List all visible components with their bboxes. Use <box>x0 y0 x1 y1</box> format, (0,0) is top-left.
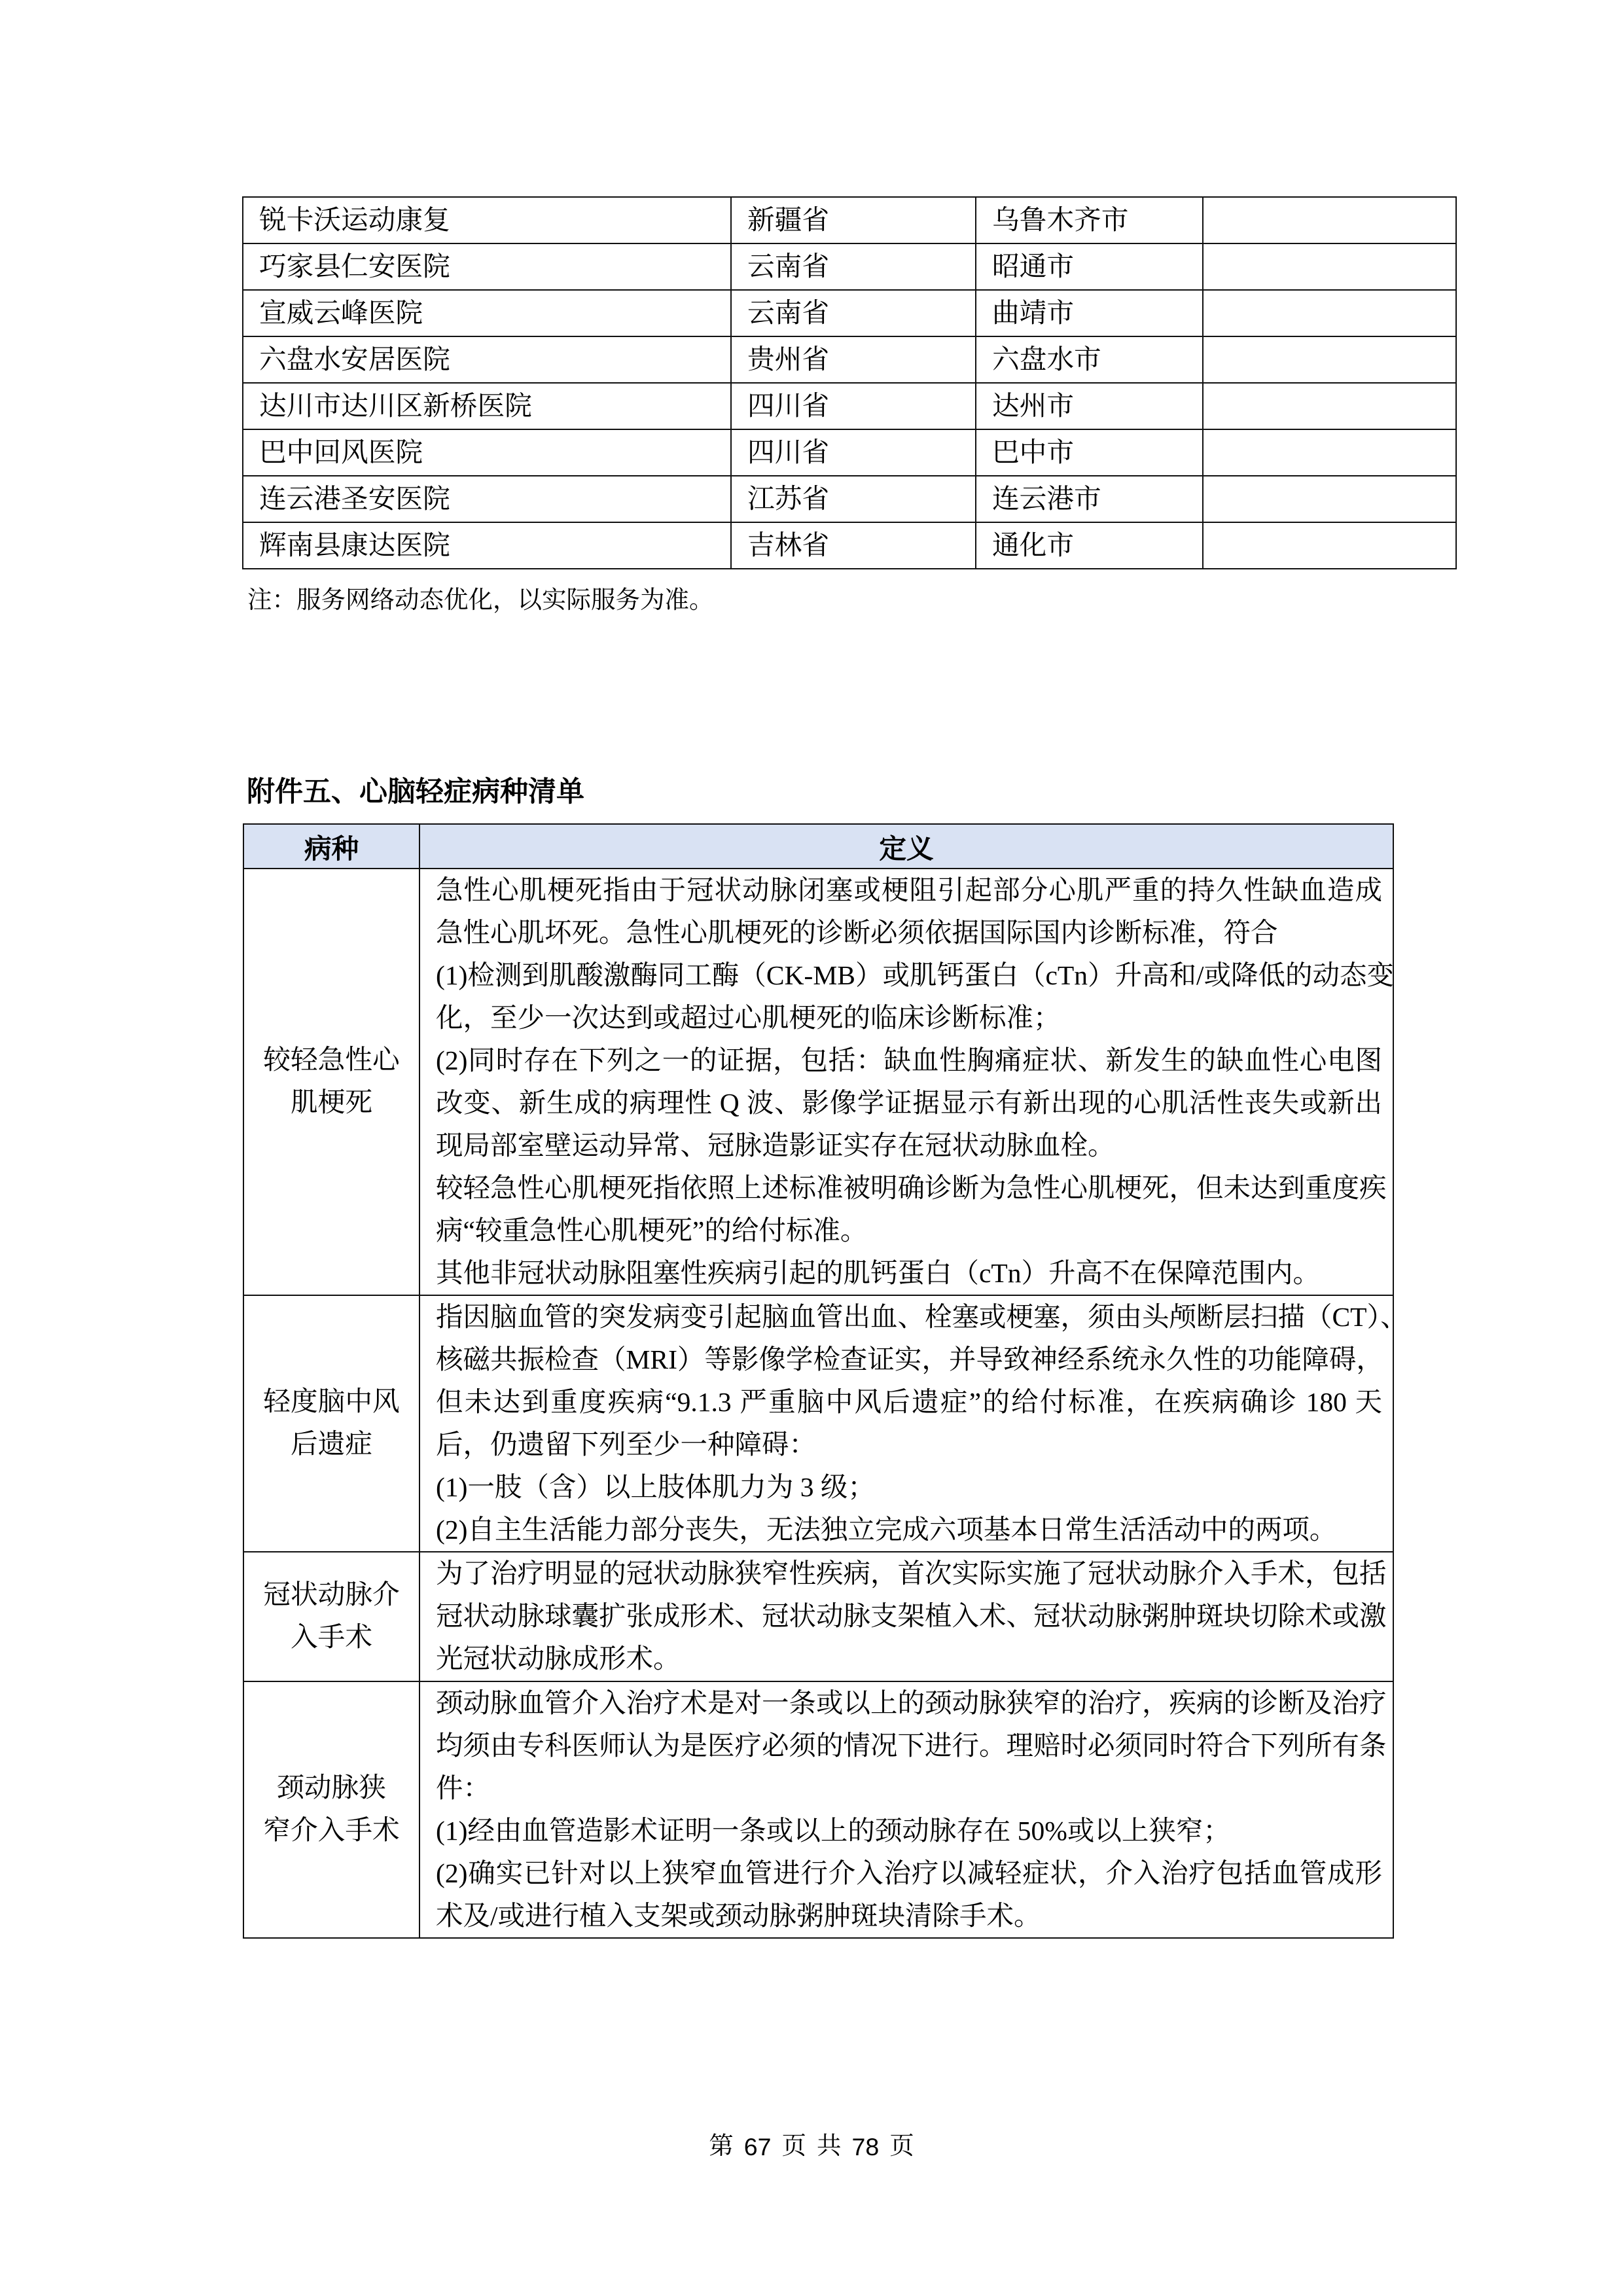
page-prefix: 第 <box>709 2132 734 2161</box>
hospital-name: 达川市达川区新桥医院 <box>243 383 731 429</box>
definition-cell: 颈动脉血管介入治疗术是对一条或以上的颈动脉狭窄的治疗，疾病的诊断及治疗 均须由专… <box>419 1681 1393 1938</box>
hospital-name: 辉南县康达医院 <box>243 522 731 569</box>
hospital-city: 六盘水市 <box>976 336 1203 383</box>
disease-name-line: 较轻急性心 <box>244 1039 419 1082</box>
hospital-remark <box>1203 522 1456 569</box>
page-unit: 页 <box>782 2132 807 2161</box>
definition-cell: 急性心肌梗死指由于冠状动脉闭塞或梗阻引起部分心肌严重的持久性缺血造成 急性心肌坏… <box>419 869 1393 1295</box>
definition-line: (2)同时存在下列之一的证据，包括：缺血性胸痛症状、新发生的缺血性心电图 <box>436 1039 1382 1082</box>
definition-line: 改变、新生成的病理性 Q 波、影像学证据显示有新出现的心肌活性丧失或新出 <box>436 1082 1382 1124</box>
definition-line: (2)自主生活能力部分丧失，无法独立完成六项基本日常生活活动中的两项。 <box>436 1509 1382 1551</box>
total-unit: 页 <box>889 2132 914 2161</box>
hospital-row: 巴中回风医院 四川省 巴中市 <box>243 429 1456 476</box>
hospital-row: 巧家县仁安医院 云南省 昭通市 <box>243 243 1456 290</box>
hospital-city: 巴中市 <box>976 429 1203 476</box>
hospital-city: 曲靖市 <box>976 290 1203 336</box>
definition-line: 为了治疗明显的冠状动脉狭窄性疾病，首次实际实施了冠状动脉介入手术，包括 <box>436 1552 1382 1595</box>
definition-cell: 为了治疗明显的冠状动脉狭窄性疾病，首次实际实施了冠状动脉介入手术，包括 冠状动脉… <box>419 1552 1393 1681</box>
disease-name-line: 肌梗死 <box>244 1082 419 1124</box>
definition-paragraph: (1)一肢（含）以上肢体肌力为 3 级； <box>436 1466 1382 1509</box>
hospital-name: 宣威云峰医院 <box>243 290 731 336</box>
hospital-row: 六盘水安居医院 贵州省 六盘水市 <box>243 336 1456 383</box>
hospital-province: 云南省 <box>731 243 976 290</box>
disease-name-line: 窄介入手术 <box>244 1810 419 1852</box>
definition-line: 现局部室壁运动异常、冠脉造影证实存在冠状动脉血栓。 <box>436 1124 1382 1167</box>
hospital-remark <box>1203 336 1456 383</box>
hospital-name: 锐卡沃运动康复 <box>243 197 731 243</box>
definition-line: (2)确实已针对以上狭窄血管进行介入治疗以减轻症状，介入治疗包括血管成形 <box>436 1852 1382 1895</box>
hospital-city: 昭通市 <box>976 243 1203 290</box>
column-header-definition: 定义 <box>419 824 1393 869</box>
disease-name-line: 冠状动脉介 <box>244 1574 419 1617</box>
definition-line: 后，仍遗留下列至少一种障碍： <box>436 1424 1382 1466</box>
hospital-row: 连云港圣安医院 江苏省 连云港市 <box>243 476 1456 522</box>
table-header-row: 病种 定义 <box>243 824 1393 869</box>
definition-paragraph: 较轻急性心肌梗死指依照上述标准被明确诊断为急性心肌梗死，但未达到重度疾 病“较重… <box>436 1167 1382 1252</box>
hospital-city: 乌鲁木齐市 <box>976 197 1203 243</box>
definition-line: 均须由专科医师认为是医疗必须的情况下进行。理赔时必须同时符合下列所有条 <box>436 1725 1382 1767</box>
definition-line: 病“较重急性心肌梗死”的给付标准。 <box>436 1210 1382 1252</box>
definition-paragraph: (2)确实已针对以上狭窄血管进行介入治疗以减轻症状，介入治疗包括血管成形 术及/… <box>436 1852 1382 1937</box>
definition-line: (1)一肢（含）以上肢体肌力为 3 级； <box>436 1466 1382 1509</box>
total-pages-number: 78 <box>852 2132 880 2161</box>
current-page-number: 67 <box>744 2132 772 2161</box>
definition-paragraph: 颈动脉血管介入治疗术是对一条或以上的颈动脉狭窄的治疗，疾病的诊断及治疗 均须由专… <box>436 1682 1382 1810</box>
hospital-row: 达川市达川区新桥医院 四川省 达州市 <box>243 383 1456 429</box>
definition-line: 光冠状动脉成形术。 <box>436 1638 1382 1680</box>
hospital-name: 巴中回风医院 <box>243 429 731 476</box>
definition-paragraph: 指因脑血管的突发病变引起脑血管出血、栓塞或梗塞，须由头颅断层扫描（CT）、 核磁… <box>436 1296 1382 1466</box>
hospital-remark <box>1203 429 1456 476</box>
hospital-remark <box>1203 290 1456 336</box>
hospital-city: 连云港市 <box>976 476 1203 522</box>
hospital-network-table: 锐卡沃运动康复 新疆省 乌鲁木齐市 巧家县仁安医院 云南省 昭通市 宣威云峰医院… <box>242 196 1457 569</box>
definition-line: 件： <box>436 1767 1382 1810</box>
hospital-city: 达州市 <box>976 383 1203 429</box>
section-title: 附件五、心脑轻症病种清单 <box>247 776 584 808</box>
definition-paragraph: (2)自主生活能力部分丧失，无法独立完成六项基本日常生活活动中的两项。 <box>436 1509 1382 1551</box>
hospital-name: 巧家县仁安医院 <box>243 243 731 290</box>
definition-line: 颈动脉血管介入治疗术是对一条或以上的颈动脉狭窄的治疗，疾病的诊断及治疗 <box>436 1682 1382 1725</box>
hospital-province: 四川省 <box>731 383 976 429</box>
definition-line: (1)检测到肌酸激酶同工酶（CK-MB）或肌钙蛋白（cTn）升高和/或降低的动态… <box>436 954 1382 997</box>
total-prefix: 共 <box>817 2132 842 2161</box>
hospital-province: 贵州省 <box>731 336 976 383</box>
disease-name-line: 入手术 <box>244 1617 419 1659</box>
service-network-note: 注：服务网络动态优化，以实际服务为准。 <box>247 586 714 615</box>
hospital-province: 江苏省 <box>731 476 976 522</box>
definition-line: (1)经由血管造影术证明一条或以上的颈动脉存在 50%或以上狭窄； <box>436 1810 1382 1852</box>
definition-cell: 指因脑血管的突发病变引起脑血管出血、栓塞或梗塞，须由头颅断层扫描（CT）、 核磁… <box>419 1295 1393 1552</box>
page-footer: 第 67 页 共 78 页 <box>0 2132 1623 2161</box>
hospital-row: 宣威云峰医院 云南省 曲靖市 <box>243 290 1456 336</box>
hospital-city: 通化市 <box>976 522 1203 569</box>
hospital-remark <box>1203 383 1456 429</box>
hospital-province: 云南省 <box>731 290 976 336</box>
definition-paragraph: 其他非冠状动脉阻塞性疾病引起的肌钙蛋白（cTn）升高不在保障范围内。 <box>436 1252 1382 1295</box>
disease-row: 轻度脑中风 后遗症 指因脑血管的突发病变引起脑血管出血、栓塞或梗塞，须由头颅断层… <box>243 1295 1393 1552</box>
hospital-province: 四川省 <box>731 429 976 476</box>
definition-line: 核磁共振检查（MRI）等影像学检查证实，并导致神经系统永久性的功能障碍， <box>436 1338 1382 1381</box>
definition-line: 术及/或进行植入支架或颈动脉粥肿斑块清除手术。 <box>436 1895 1382 1937</box>
column-header-disease: 病种 <box>243 824 419 869</box>
definition-paragraph: (1)经由血管造影术证明一条或以上的颈动脉存在 50%或以上狭窄； <box>436 1810 1382 1852</box>
definition-line: 化，至少一次达到或超过心肌梗死的临床诊断标准； <box>436 997 1382 1039</box>
hospital-province: 吉林省 <box>731 522 976 569</box>
disease-name-cell: 轻度脑中风 后遗症 <box>243 1295 419 1552</box>
hospital-remark <box>1203 476 1456 522</box>
disease-name-cell: 较轻急性心 肌梗死 <box>243 869 419 1295</box>
hospital-remark <box>1203 197 1456 243</box>
definition-paragraph: (1)检测到肌酸激酶同工酶（CK-MB）或肌钙蛋白（cTn）升高和/或降低的动态… <box>436 954 1382 1039</box>
disease-name-cell: 冠状动脉介 入手术 <box>243 1552 419 1681</box>
definition-line: 但未达到重度疾病“9.1.3 严重脑中风后遗症”的给付标准，在疾病确诊 180 … <box>436 1381 1382 1424</box>
disease-row: 颈动脉狭 窄介入手术 颈动脉血管介入治疗术是对一条或以上的颈动脉狭窄的治疗，疾病… <box>243 1681 1393 1938</box>
definition-line: 冠状动脉球囊扩张成形术、冠状动脉支架植入术、冠状动脉粥肿斑块切除术或激 <box>436 1595 1382 1638</box>
disease-row: 较轻急性心 肌梗死 急性心肌梗死指由于冠状动脉闭塞或梗阻引起部分心肌严重的持久性… <box>243 869 1393 1295</box>
definition-paragraph: 为了治疗明显的冠状动脉狭窄性疾病，首次实际实施了冠状动脉介入手术，包括 冠状动脉… <box>436 1552 1382 1680</box>
disease-definition-table: 病种 定义 较轻急性心 肌梗死 急性心肌梗死指由于冠状动脉闭塞或梗阻引起部分心肌… <box>243 823 1394 1939</box>
hospital-row: 辉南县康达医院 吉林省 通化市 <box>243 522 1456 569</box>
disease-name-line: 轻度脑中风 <box>244 1381 419 1424</box>
disease-row: 冠状动脉介 入手术 为了治疗明显的冠状动脉狭窄性疾病，首次实际实施了冠状动脉介入… <box>243 1552 1393 1681</box>
hospital-province: 新疆省 <box>731 197 976 243</box>
definition-line: 急性心肌梗死指由于冠状动脉闭塞或梗阻引起部分心肌严重的持久性缺血造成 <box>436 869 1382 912</box>
definition-line: 指因脑血管的突发病变引起脑血管出血、栓塞或梗塞，须由头颅断层扫描（CT）、 <box>436 1296 1382 1338</box>
definition-paragraph: 急性心肌梗死指由于冠状动脉闭塞或梗阻引起部分心肌严重的持久性缺血造成 急性心肌坏… <box>436 869 1382 954</box>
hospital-row: 锐卡沃运动康复 新疆省 乌鲁木齐市 <box>243 197 1456 243</box>
disease-name-line: 颈动脉狭 <box>244 1767 419 1810</box>
definition-line: 其他非冠状动脉阻塞性疾病引起的肌钙蛋白（cTn）升高不在保障范围内。 <box>436 1252 1382 1295</box>
definition-paragraph: (2)同时存在下列之一的证据，包括：缺血性胸痛症状、新发生的缺血性心电图 改变、… <box>436 1039 1382 1167</box>
hospital-name: 六盘水安居医院 <box>243 336 731 383</box>
hospital-remark <box>1203 243 1456 290</box>
disease-name-cell: 颈动脉狭 窄介入手术 <box>243 1681 419 1938</box>
disease-name-line: 后遗症 <box>244 1424 419 1466</box>
definition-line: 急性心肌坏死。急性心肌梗死的诊断必须依据国际国内诊断标准，符合 <box>436 912 1382 954</box>
definition-line: 较轻急性心肌梗死指依照上述标准被明确诊断为急性心肌梗死，但未达到重度疾 <box>436 1167 1382 1210</box>
hospital-name: 连云港圣安医院 <box>243 476 731 522</box>
